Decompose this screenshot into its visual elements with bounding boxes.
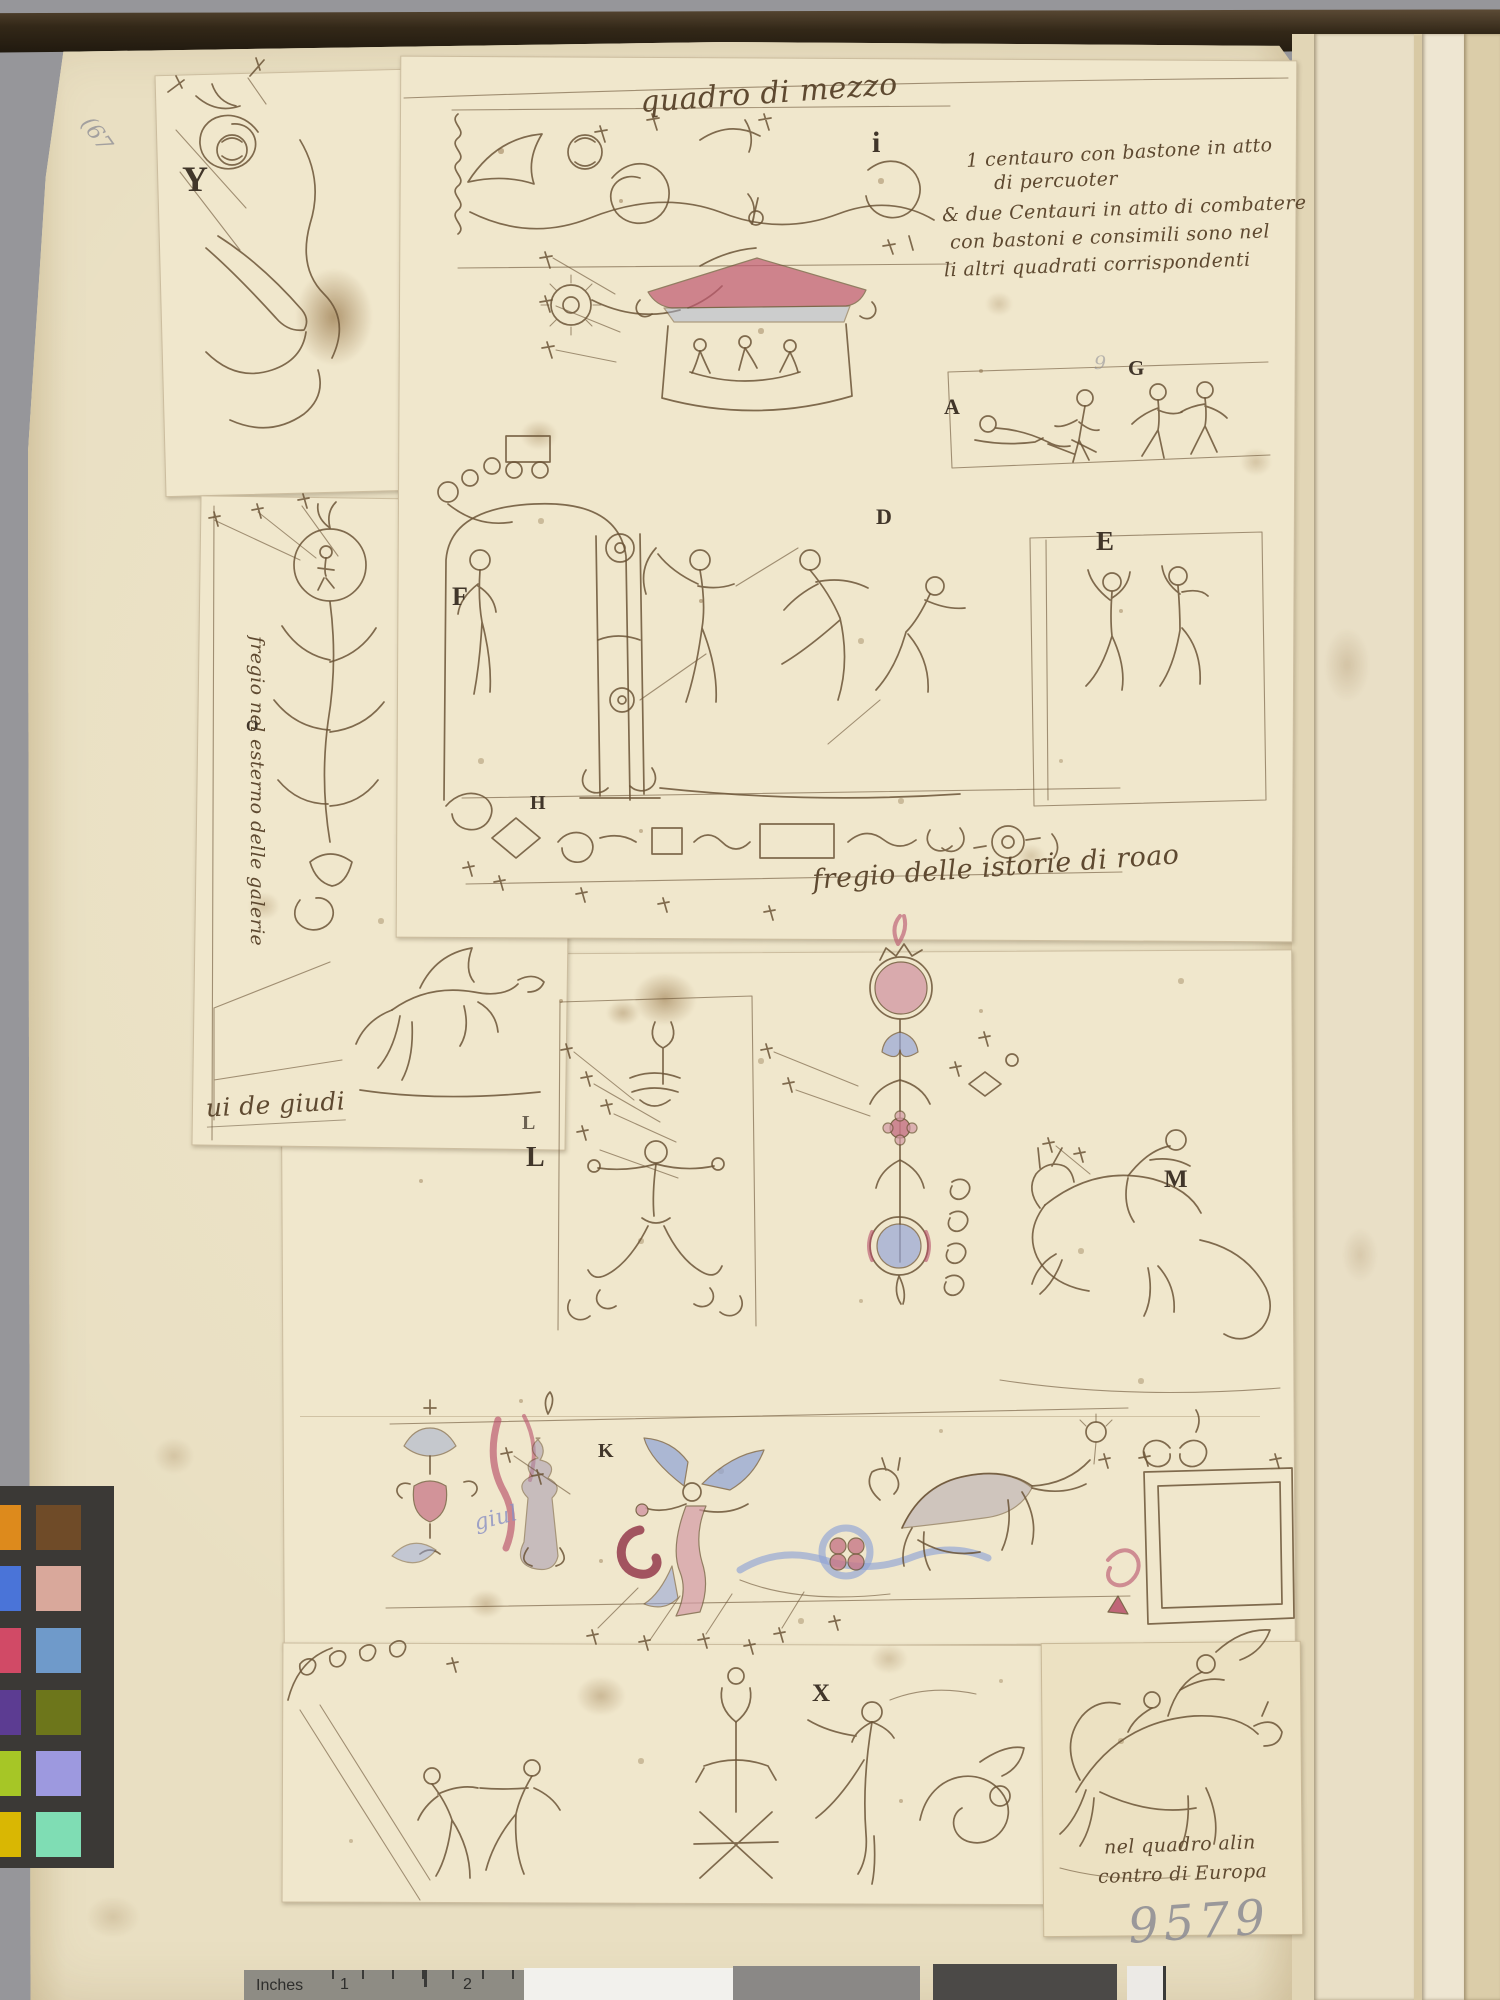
- pencil-faint-digit: 9: [1094, 352, 1106, 374]
- stain: [86, 1896, 140, 1938]
- label-f: F: [452, 582, 468, 612]
- ruler-number-2: 2: [463, 1976, 472, 1994]
- color-patch-yellow-green: [0, 1751, 21, 1796]
- page-edge-strip: [1422, 34, 1464, 2000]
- label-x: X: [812, 1680, 830, 1708]
- label-m: M: [1164, 1166, 1188, 1194]
- stain: [870, 1644, 908, 1674]
- ruler-ticks-inch: [304, 1970, 524, 1987]
- stain: [295, 268, 373, 366]
- stain: [576, 1676, 626, 1716]
- grayscale-patch-mid-gray: [733, 1966, 920, 2000]
- page-edge-strip: [1414, 34, 1422, 2000]
- color-patch-blue: [0, 1566, 21, 1611]
- label-y: Y: [182, 158, 208, 200]
- grayscale-patch-dark-gray: [933, 1964, 1117, 2000]
- sheet-seam: [300, 1416, 1260, 1417]
- label-k: K: [598, 1440, 614, 1463]
- outer-frieze-note: fregio nel esterno delle galerie: [246, 636, 268, 946]
- inch-ruler: Inches 1 2: [244, 1970, 524, 2000]
- color-patch-orange: [0, 1505, 21, 1550]
- stain: [520, 420, 558, 450]
- stain: [1342, 1228, 1378, 1282]
- book-page-edges-right: [1292, 34, 1500, 2000]
- label-h: H: [530, 792, 546, 815]
- pasted-sheet-y: [155, 69, 414, 497]
- label-l: L: [526, 1142, 545, 1174]
- stain: [468, 1590, 504, 1618]
- page-edge-strip: [1464, 34, 1500, 2000]
- color-patch-crimson: [0, 1628, 21, 1673]
- color-patch-light-blue: [36, 1628, 81, 1673]
- ruler-number-1: 1: [340, 1976, 349, 1994]
- label-o: O: [246, 718, 258, 736]
- color-patch-lavender: [36, 1751, 81, 1796]
- stain: [154, 1438, 194, 1474]
- color-patch-gold: [0, 1812, 21, 1857]
- label-i: i: [872, 126, 880, 160]
- label-e: E: [1096, 526, 1114, 557]
- color-patch-mint: [36, 1812, 81, 1857]
- color-patch-pink: [36, 1566, 81, 1611]
- grayscale-patch-white: [524, 1968, 733, 2000]
- centaur-note-line: di percuoter: [994, 168, 1119, 194]
- color-calibration-card: [0, 1486, 114, 1868]
- stain: [633, 972, 697, 1026]
- stain: [985, 292, 1013, 316]
- stain: [1324, 628, 1370, 702]
- stain: [606, 1000, 640, 1026]
- label-d: D: [876, 504, 892, 530]
- manuscript-photograph: quadro di mezzo 1 centauro con bastone i…: [0, 0, 1500, 2000]
- stain: [1240, 448, 1272, 476]
- unclear-note: ui de giudi: [205, 1086, 346, 1127]
- label-g: G: [1128, 356, 1144, 381]
- color-patch-purple: [0, 1690, 21, 1735]
- color-patch-olive: [36, 1690, 81, 1735]
- label-a: A: [944, 394, 960, 420]
- pasted-sheet-bottom: [282, 1642, 1165, 1905]
- grayscale-patch-white-2: [1127, 1966, 1166, 2000]
- foxing-speckles: [0, 0, 2, 2]
- label-l-partial: L: [522, 1112, 535, 1135]
- page-edge-strip: [1314, 34, 1414, 2000]
- ruler-unit-label: Inches: [256, 1977, 303, 1995]
- color-patch-brown: [36, 1505, 81, 1550]
- pencil-number: 9579: [1126, 1889, 1272, 1955]
